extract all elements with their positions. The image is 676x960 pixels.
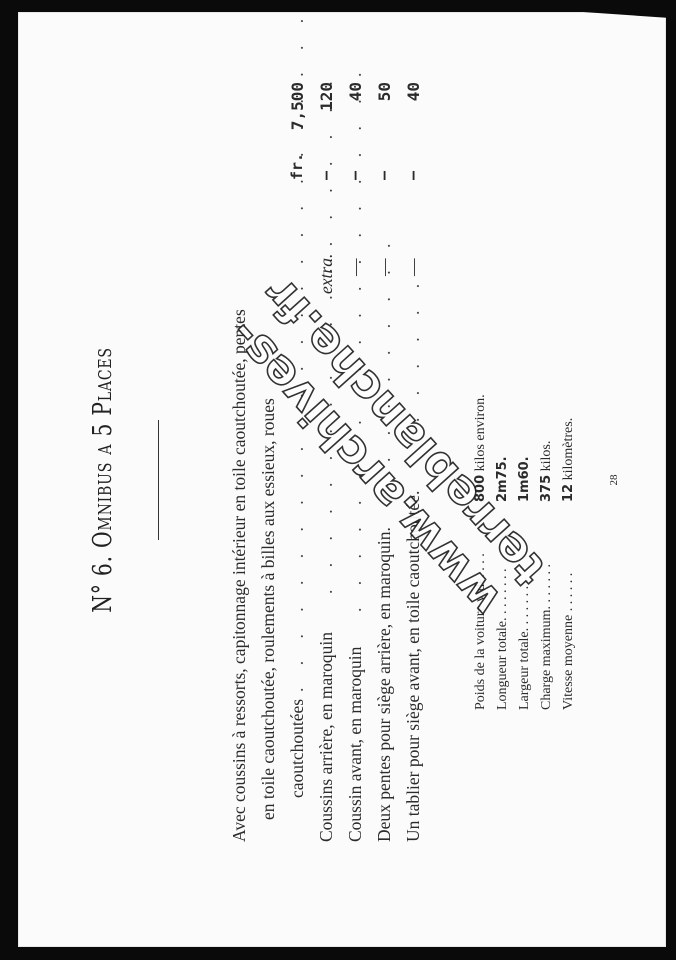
- title-number: N° 6.: [88, 555, 118, 613]
- price: 50: [370, 82, 399, 162]
- price: 40: [341, 82, 370, 162]
- item-text: en toile caoutchoutée, roulements à bill…: [254, 398, 283, 820]
- currency: —: [341, 171, 370, 180]
- price: 120: [312, 82, 341, 162]
- rotated-page-content: N° 6. Omnibus a 5 Places Avec coussins à…: [0, 0, 676, 960]
- price: 7,500: [283, 82, 312, 162]
- item-text: Coussins arrière, en maroquin: [312, 632, 341, 842]
- price: 40: [399, 82, 428, 162]
- ditto-dash: —: [370, 259, 399, 277]
- currency: —: [370, 171, 399, 180]
- ditto-dash: —: [399, 259, 428, 277]
- spec-value: 375 kilos.: [536, 441, 558, 502]
- title-text: Omnibus a 5 Places: [88, 347, 118, 548]
- title-divider: [158, 420, 159, 540]
- currency: —: [312, 171, 341, 180]
- item-note: extra.: [312, 254, 341, 294]
- page-number: 28: [608, 0, 620, 960]
- ditto-dash: —: [341, 259, 370, 277]
- spec-value: 1m60.: [514, 456, 536, 502]
- item-text: Deux pentes pour siège arrière, en maroq…: [370, 527, 399, 842]
- list-item: caoutchoutées . . . . . . . . . . . . . …: [283, 122, 312, 842]
- item-text: Avec coussins à ressorts, capitonnage in…: [225, 309, 254, 842]
- item-text: Coussin avant, en maroquin: [341, 647, 370, 842]
- currency: —: [399, 171, 428, 180]
- list-item: Coussins arrière, en maroquin . . . . . …: [312, 122, 341, 842]
- spec-value: 12 kilomètres.: [558, 418, 580, 502]
- item-text: caoutchoutées: [283, 699, 312, 798]
